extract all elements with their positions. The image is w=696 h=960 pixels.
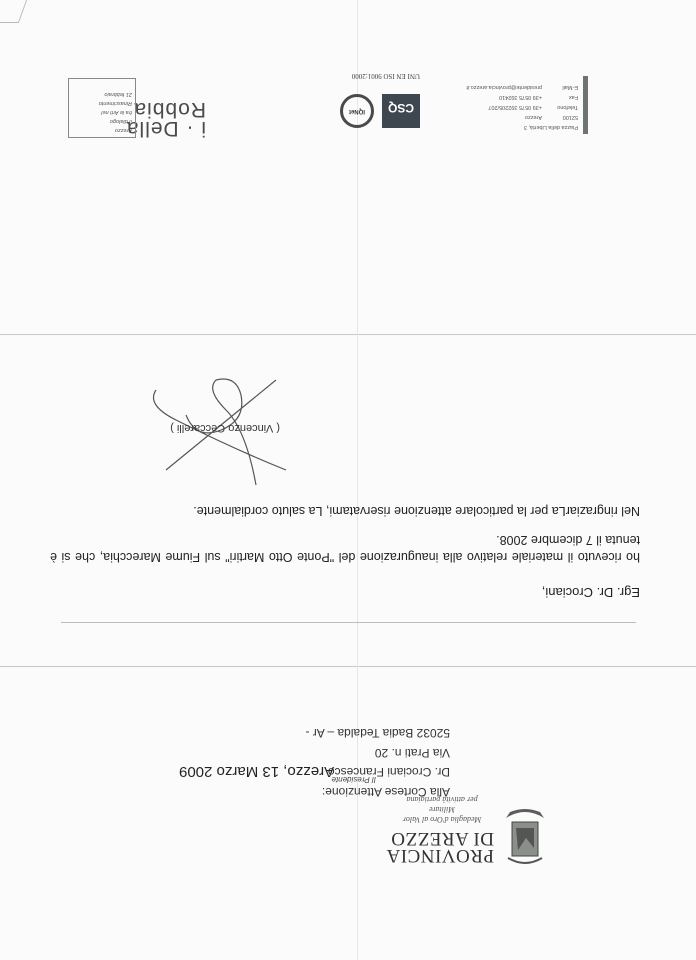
signatory-name: ( Vincenzo Ceccarelli ) [170, 422, 280, 434]
della-robbia-exhibit: i · Della Robbia Arezzo Il dialogo fra l… [66, 74, 206, 138]
fold-line [357, 0, 358, 960]
salutation: Egr. Dr. Crociani, [542, 585, 640, 600]
institution-name: PROVINCIA DI AREZZO [386, 830, 494, 864]
fold-line [0, 666, 696, 667]
paragraph: ho ricevuto il materiale relativo alla i… [50, 531, 640, 565]
coat-of-arms-icon [504, 806, 546, 868]
paragraph: Nel ringraziarLa per la particolare atte… [50, 502, 640, 519]
folded-corner [0, 0, 27, 23]
iqnet-logo: IQNet [340, 94, 374, 128]
letter-body: ho ricevuto il materiale relativo alla i… [50, 490, 640, 565]
csq-logo: CSQ [382, 94, 420, 128]
certification-text: UNI EN ISO 9001:2000 [352, 72, 420, 80]
addressee-line: Alla Cortese Attenzione: [305, 782, 450, 802]
contact-info: Piazza della Libertà, 3 52100Arezzo Tele… [466, 82, 578, 132]
della-robbia-logo: i · Della Robbia [126, 100, 206, 138]
fold-line [0, 334, 696, 335]
footer-accent-bar [583, 76, 588, 134]
addressee-line: Dr. Crociani Francesco [305, 762, 450, 782]
divider [61, 622, 636, 623]
exhibit-info-box: Arezzo Il dialogo fra le Arti nel Rinasc… [68, 78, 136, 138]
scanned-letter: PROVINCIA DI AREZZO Medaglia d'Oro al Va… [0, 0, 696, 960]
addressee-block: Alla Cortese Attenzione: Dr. Crociani Fr… [305, 723, 450, 801]
addressee-line: Via Prati n. 20 [305, 743, 450, 763]
addressee-line: 52032 Badia Tedalda – Ar - [305, 723, 450, 743]
